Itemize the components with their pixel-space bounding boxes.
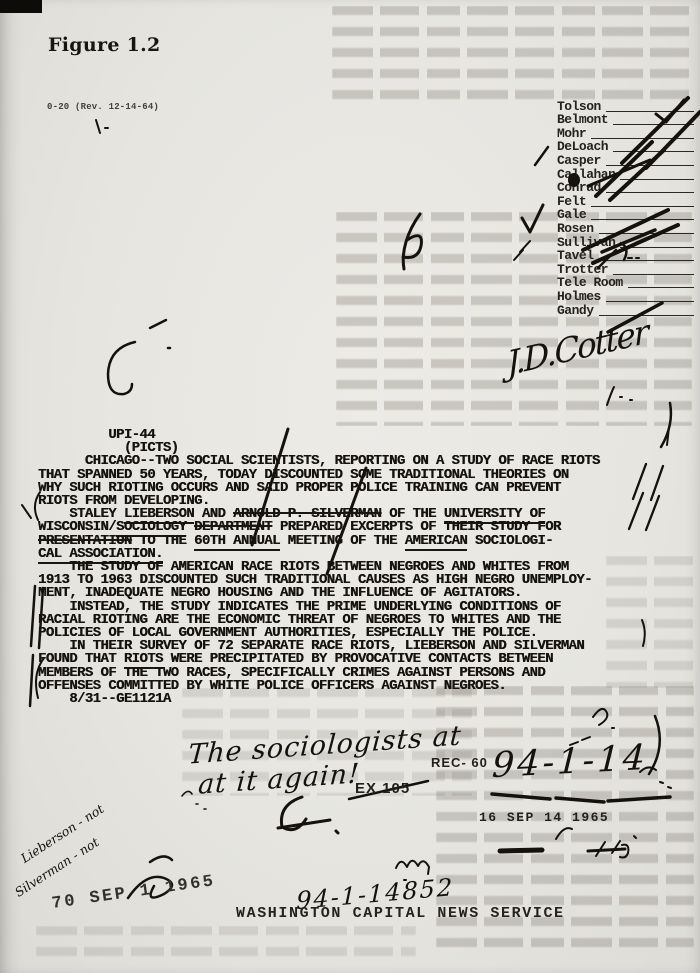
bleed-through-text — [36, 926, 416, 964]
file-number-top: 94-1-14 — [491, 738, 649, 786]
rec-60-stamp: REC- 60 — [431, 755, 488, 770]
ex-105-stamp: EX 105 — [355, 780, 410, 797]
date-received-stamp: 16 SEP 14 1965 — [479, 810, 609, 825]
routing-blank-line — [606, 165, 694, 166]
routing-blank-line — [613, 124, 694, 125]
teletype-line: 8/31--GE1121A — [38, 693, 600, 706]
fbi-routing-list: TolsonBelmontMohrDeLoachCasperCallahanCo… — [557, 100, 697, 318]
initial-squiggle — [278, 797, 338, 833]
slash-mark — [535, 147, 548, 165]
news-service-line: WASHINGTON CAPITAL NEWS SERVICE — [236, 905, 565, 922]
figure-label: Figure 1.2 — [48, 34, 161, 56]
routing-blank-line — [606, 111, 694, 112]
bleed-through-text — [606, 556, 694, 688]
teletype-body: UPI-44 (PICTS) CHICAGO--TWO SOCIAL SCIEN… — [38, 429, 600, 706]
pen-tick — [96, 120, 108, 133]
routing-blank-line — [620, 247, 694, 248]
form-number: 0-20 (Rev. 12-14-64) — [47, 102, 159, 112]
date-stamp-bottom: 70 SEP 1 1965 — [51, 872, 217, 914]
slash-mark — [629, 464, 663, 530]
routing-blank-line — [613, 151, 694, 152]
routing-blank-line — [591, 206, 694, 207]
routing-blank-line — [606, 192, 694, 193]
scanned-document-page: Figure 1.2 0-20 (Rev. 12-14-64) TolsonBe… — [0, 0, 700, 973]
hand-letter-c — [108, 320, 170, 394]
routing-blank-line — [628, 287, 694, 288]
routing-blank-line — [606, 301, 694, 302]
bleed-through-text — [332, 6, 690, 104]
routing-blank-line — [620, 179, 694, 180]
routing-name: Gandy — [557, 303, 594, 318]
routing-blank-line — [591, 219, 694, 220]
routing-blank-line — [599, 260, 694, 261]
routing-blank-line — [613, 274, 694, 275]
scan-artifact — [0, 0, 42, 13]
